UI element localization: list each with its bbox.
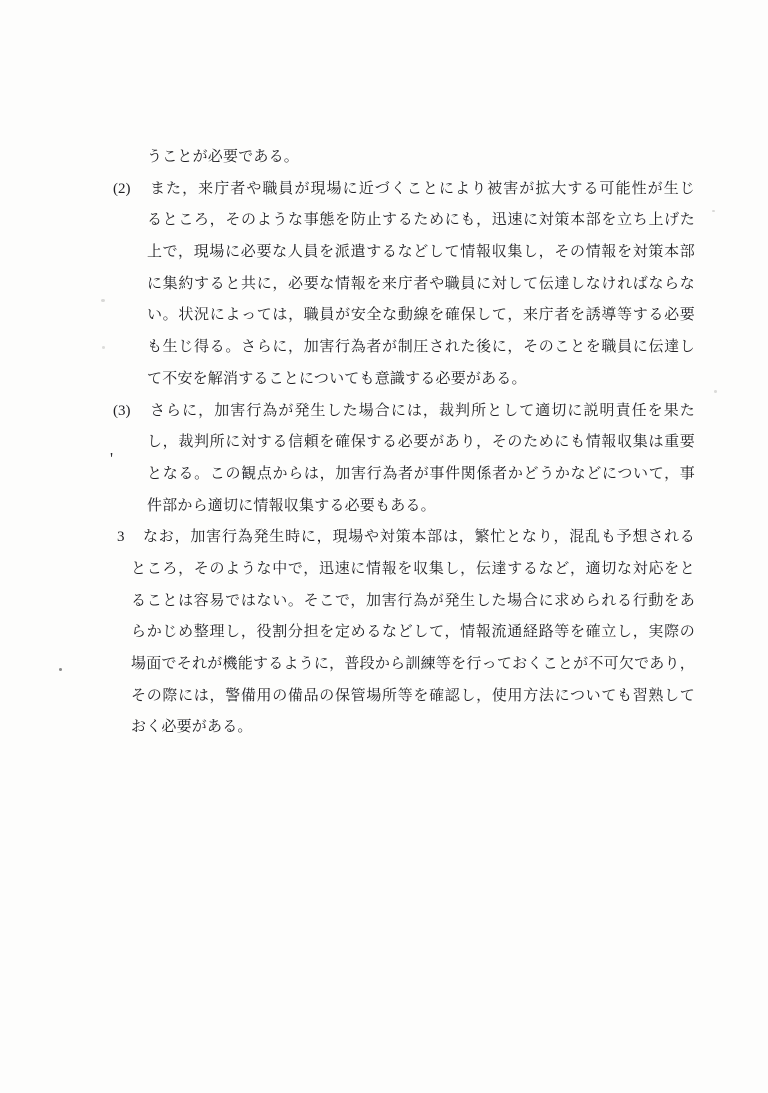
- text-line: い。状況によっては，職員が安全な動線を確保して，来庁者を誘導等する必要: [147, 300, 695, 332]
- section-marker-3: 3: [117, 522, 125, 554]
- scan-speck: [714, 390, 717, 393]
- text-line: 場面でそれが機能するように，普段から訓練等を行っておくことが不可欠であり，: [131, 649, 695, 681]
- text-line: 上で，現場に必要な人員を派遣するなどして情報収集し，その情報を対策本部: [147, 237, 695, 269]
- text-line: となる。この観点からは，加害行為者が事件関係者かどうかなどについて，事: [147, 459, 695, 491]
- list-item-marker-2: (2): [113, 174, 131, 206]
- text-line: るところ，そのような事態を防止するためにも，迅速に対策本部を立ち上げた: [147, 205, 695, 237]
- text-line: ところ，そのような中で，迅速に情報を収集し，伝達するなど，適切な対応をと: [131, 554, 695, 586]
- text-line: ることは容易ではない。そこで，加害行為が発生した場合に求められる行動をあ: [131, 586, 695, 618]
- text-line: て不安を解消することについても意識する必要がある。: [147, 364, 768, 396]
- text-line: さらに，加害行為が発生した場合には，裁判所として適切に説明責任を果た: [150, 396, 695, 428]
- scanned-document-page: (2) (3) 3 うことが必要である。 また，来庁者や職員が現場に近づくことに…: [0, 0, 768, 1093]
- scan-speck: [102, 346, 105, 349]
- text-line: に集約すると共に，必要な情報を来庁者や職員に対して伝達しなければならな: [147, 269, 695, 301]
- scan-speck: [712, 210, 715, 212]
- stray-scan-mark: ': [110, 449, 113, 469]
- text-line: らかじめ整理し，役割分担を定めるなどして，情報流通経路等を確立し，実際の: [131, 617, 695, 649]
- scan-speck: [59, 668, 62, 671]
- text-line: も生じ得る。さらに，加害行為者が制圧された後に，そのことを職員に伝達し: [147, 332, 695, 364]
- scan-speck: [101, 299, 105, 302]
- text-line: なお，加害行為発生時に，現場や対策本部は，繁忙となり，混乱も予想される: [143, 522, 695, 554]
- list-item-marker-3: (3): [113, 396, 131, 428]
- text-line: 件部から適切に情報収集する必要もある。: [147, 491, 768, 523]
- text-line: おく必要がある。: [131, 712, 768, 744]
- text-line: また，来庁者や職員が現場に近づくことにより被害が拡大する可能性が生じ: [150, 174, 695, 206]
- text-line: うことが必要である。: [147, 142, 768, 174]
- text-line: その際には，警備用の備品の保管場所等を確認し，使用方法についても習熟して: [131, 681, 695, 713]
- document-text-block: (2) (3) 3 うことが必要である。 また，来庁者や職員が現場に近づくことに…: [0, 142, 768, 744]
- text-line: し，裁判所に対する信頼を確保する必要があり，そのためにも情報収集は重要: [147, 427, 695, 459]
